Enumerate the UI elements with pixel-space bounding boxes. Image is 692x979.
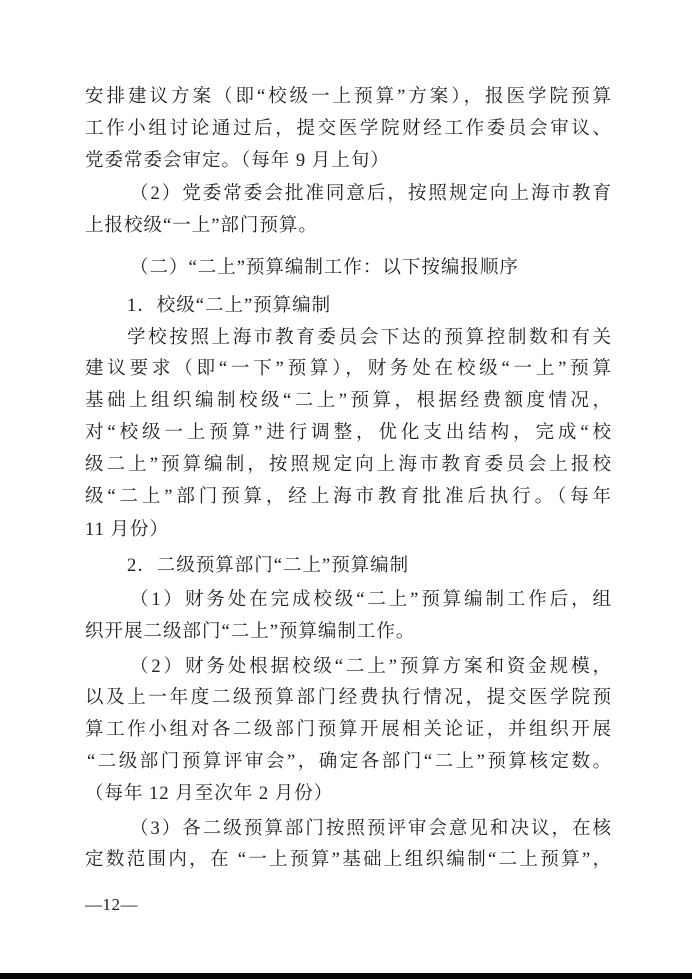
text-line: 2．二级预算部门“二上”预算编制 — [85, 551, 612, 583]
document-page: 安排建议方案（即“校级一上预算”方案），报医学院预算工作小组讨论通过后，提交医学… — [0, 0, 692, 979]
text-line: （3）各二级预算部门按照预评审会意见和决议，在核 — [85, 814, 612, 846]
text-line: 织开展二级部门“二上”预算编制工作。 — [85, 617, 612, 649]
text-line: 安排建议方案（即“校级一上预算”方案），报医学院预算 — [85, 82, 612, 114]
text-line: 级二上”预算编制，按照规定向上海市教育委员会上报校 — [85, 450, 612, 482]
text-line: 对“校级一上预算”进行调整，优化支出结构，完成“校 — [85, 418, 612, 450]
text-line: 以及上一年度二级预算部门经费执行情况，提交医学院预 — [85, 683, 612, 715]
text-line: 算工作小组对各二级部门预算开展相关论证，并组织开展 — [85, 715, 612, 747]
text-line: 1．校级“二上”预算编制 — [85, 291, 612, 323]
document-body: 安排建议方案（即“校级一上预算”方案），报医学院预算工作小组讨论通过后，提交医学… — [85, 82, 612, 921]
text-line: （二）“二上”预算编制工作：以下按编报顺序 — [85, 253, 612, 285]
text-line: 建议要求（即“一下”预算），财务处在校级“一上”预算 — [85, 354, 612, 386]
text-line: （每年 12 月至次年 2 月份） — [85, 779, 612, 811]
text-line: 工作小组讨论通过后，提交医学院财经工作委员会审议、 — [85, 114, 612, 146]
text-line: 定数范围内，在 “一上预算”基础上组织编制“二上预算”， — [85, 845, 612, 877]
text-line: （2）党委常委会批准同意后，按照规定向上海市教育 — [85, 179, 612, 211]
text-line: 级“二上”部门预算，经上海市教育批准后执行。（每年 — [85, 482, 612, 514]
text-line: （1）财务处在完成校级“二上”预算编制工作后，组 — [85, 585, 612, 617]
text-line: “二级部门预算评审会”，确定各部门“二上”预算核定数。 — [85, 747, 612, 779]
text-line: （2）财务处根据校级“二上”预算方案和资金规模， — [85, 652, 612, 684]
text-line: 上报校级“一上”部门预算。 — [85, 211, 612, 243]
scan-edge-bottom — [0, 973, 692, 979]
text-line: 11 月份） — [85, 515, 612, 547]
text-line: 党委常委会审定。（每年 9 月上旬） — [85, 146, 612, 178]
text-line: 学校按照上海市教育委员会下达的预算控制数和有关 — [85, 323, 612, 355]
text-line: 基础上组织编制校级“二上”预算，根据经费额度情况， — [85, 386, 612, 418]
page-number: —12— — [85, 889, 612, 921]
